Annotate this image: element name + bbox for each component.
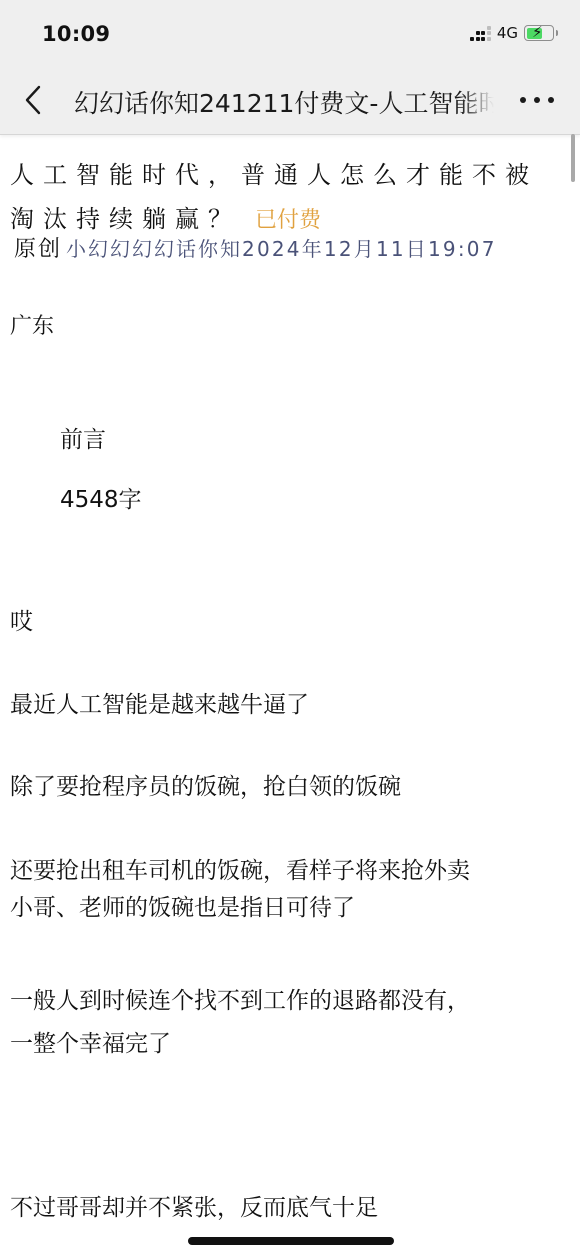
status-time: 10:09 bbox=[42, 22, 110, 46]
article-meta: 原创小幻幻幻幻话你知2024年12月11日19:07 bbox=[14, 234, 580, 265]
scrollbar[interactable] bbox=[571, 134, 575, 182]
status-bar: 10:09 4G ⚡ bbox=[0, 0, 580, 64]
battery-charging-icon: ⚡ bbox=[524, 25, 554, 41]
home-indicator[interactable] bbox=[188, 1237, 394, 1245]
back-button[interactable] bbox=[18, 82, 48, 118]
paragraph: 还要抢出租车司机的饭碗，看样子将来抢外卖 bbox=[10, 851, 470, 891]
network-type: 4G bbox=[497, 24, 518, 42]
paragraph: 一般人到时候连个找不到工作的退路都没有， bbox=[10, 981, 470, 1021]
paragraph: 哎 bbox=[10, 602, 33, 642]
article-title: 人工智能时代，普通人怎么才能不被淘汰持续躺赢？已付费 bbox=[10, 153, 560, 243]
paid-badge: 已付费 bbox=[255, 208, 321, 233]
header-area: 10:09 4G ⚡ 幻幻话你知2 bbox=[0, 0, 580, 135]
paragraph: 一整个幸福完了 bbox=[10, 1024, 171, 1064]
paragraph: 不过哥哥却并不紧张，反而底气十足 bbox=[10, 1188, 378, 1228]
nav-bar: 幻幻话你知241211付费文-人工智能时代，普通人怎么才能不被淘汰持续躺赢？ bbox=[0, 64, 580, 134]
word-count: 4548字 bbox=[60, 480, 142, 520]
paragraph: 除了要抢程序员的饭碗，抢白领的饭碗 bbox=[10, 767, 401, 807]
paragraph: 最近人工智能是越来越牛逼了 bbox=[10, 685, 309, 725]
more-options-button[interactable] bbox=[520, 88, 554, 112]
author-link[interactable]: 小幻幻幻幻话你知 bbox=[66, 237, 242, 261]
original-label: 原创 bbox=[14, 237, 62, 262]
more-horizontal-icon bbox=[520, 97, 526, 103]
location-label: 广东 bbox=[10, 309, 54, 340]
page-title: 幻幻话你知241211付费文-人工智能时代，普通人怎么才能不被淘汰持续躺赢？ bbox=[74, 84, 494, 120]
signal-icon bbox=[470, 26, 491, 41]
chevron-left-icon bbox=[24, 85, 42, 115]
status-indicators: 4G ⚡ bbox=[470, 24, 554, 42]
publish-date: 2024年12月11日19:07 bbox=[242, 237, 497, 261]
preface-heading: 前言 bbox=[60, 420, 106, 460]
paragraph: 小哥、老师的饭碗也是指日可待了 bbox=[10, 888, 355, 928]
phone-screen: 10:09 4G ⚡ 幻幻话你知2 bbox=[0, 0, 580, 1255]
